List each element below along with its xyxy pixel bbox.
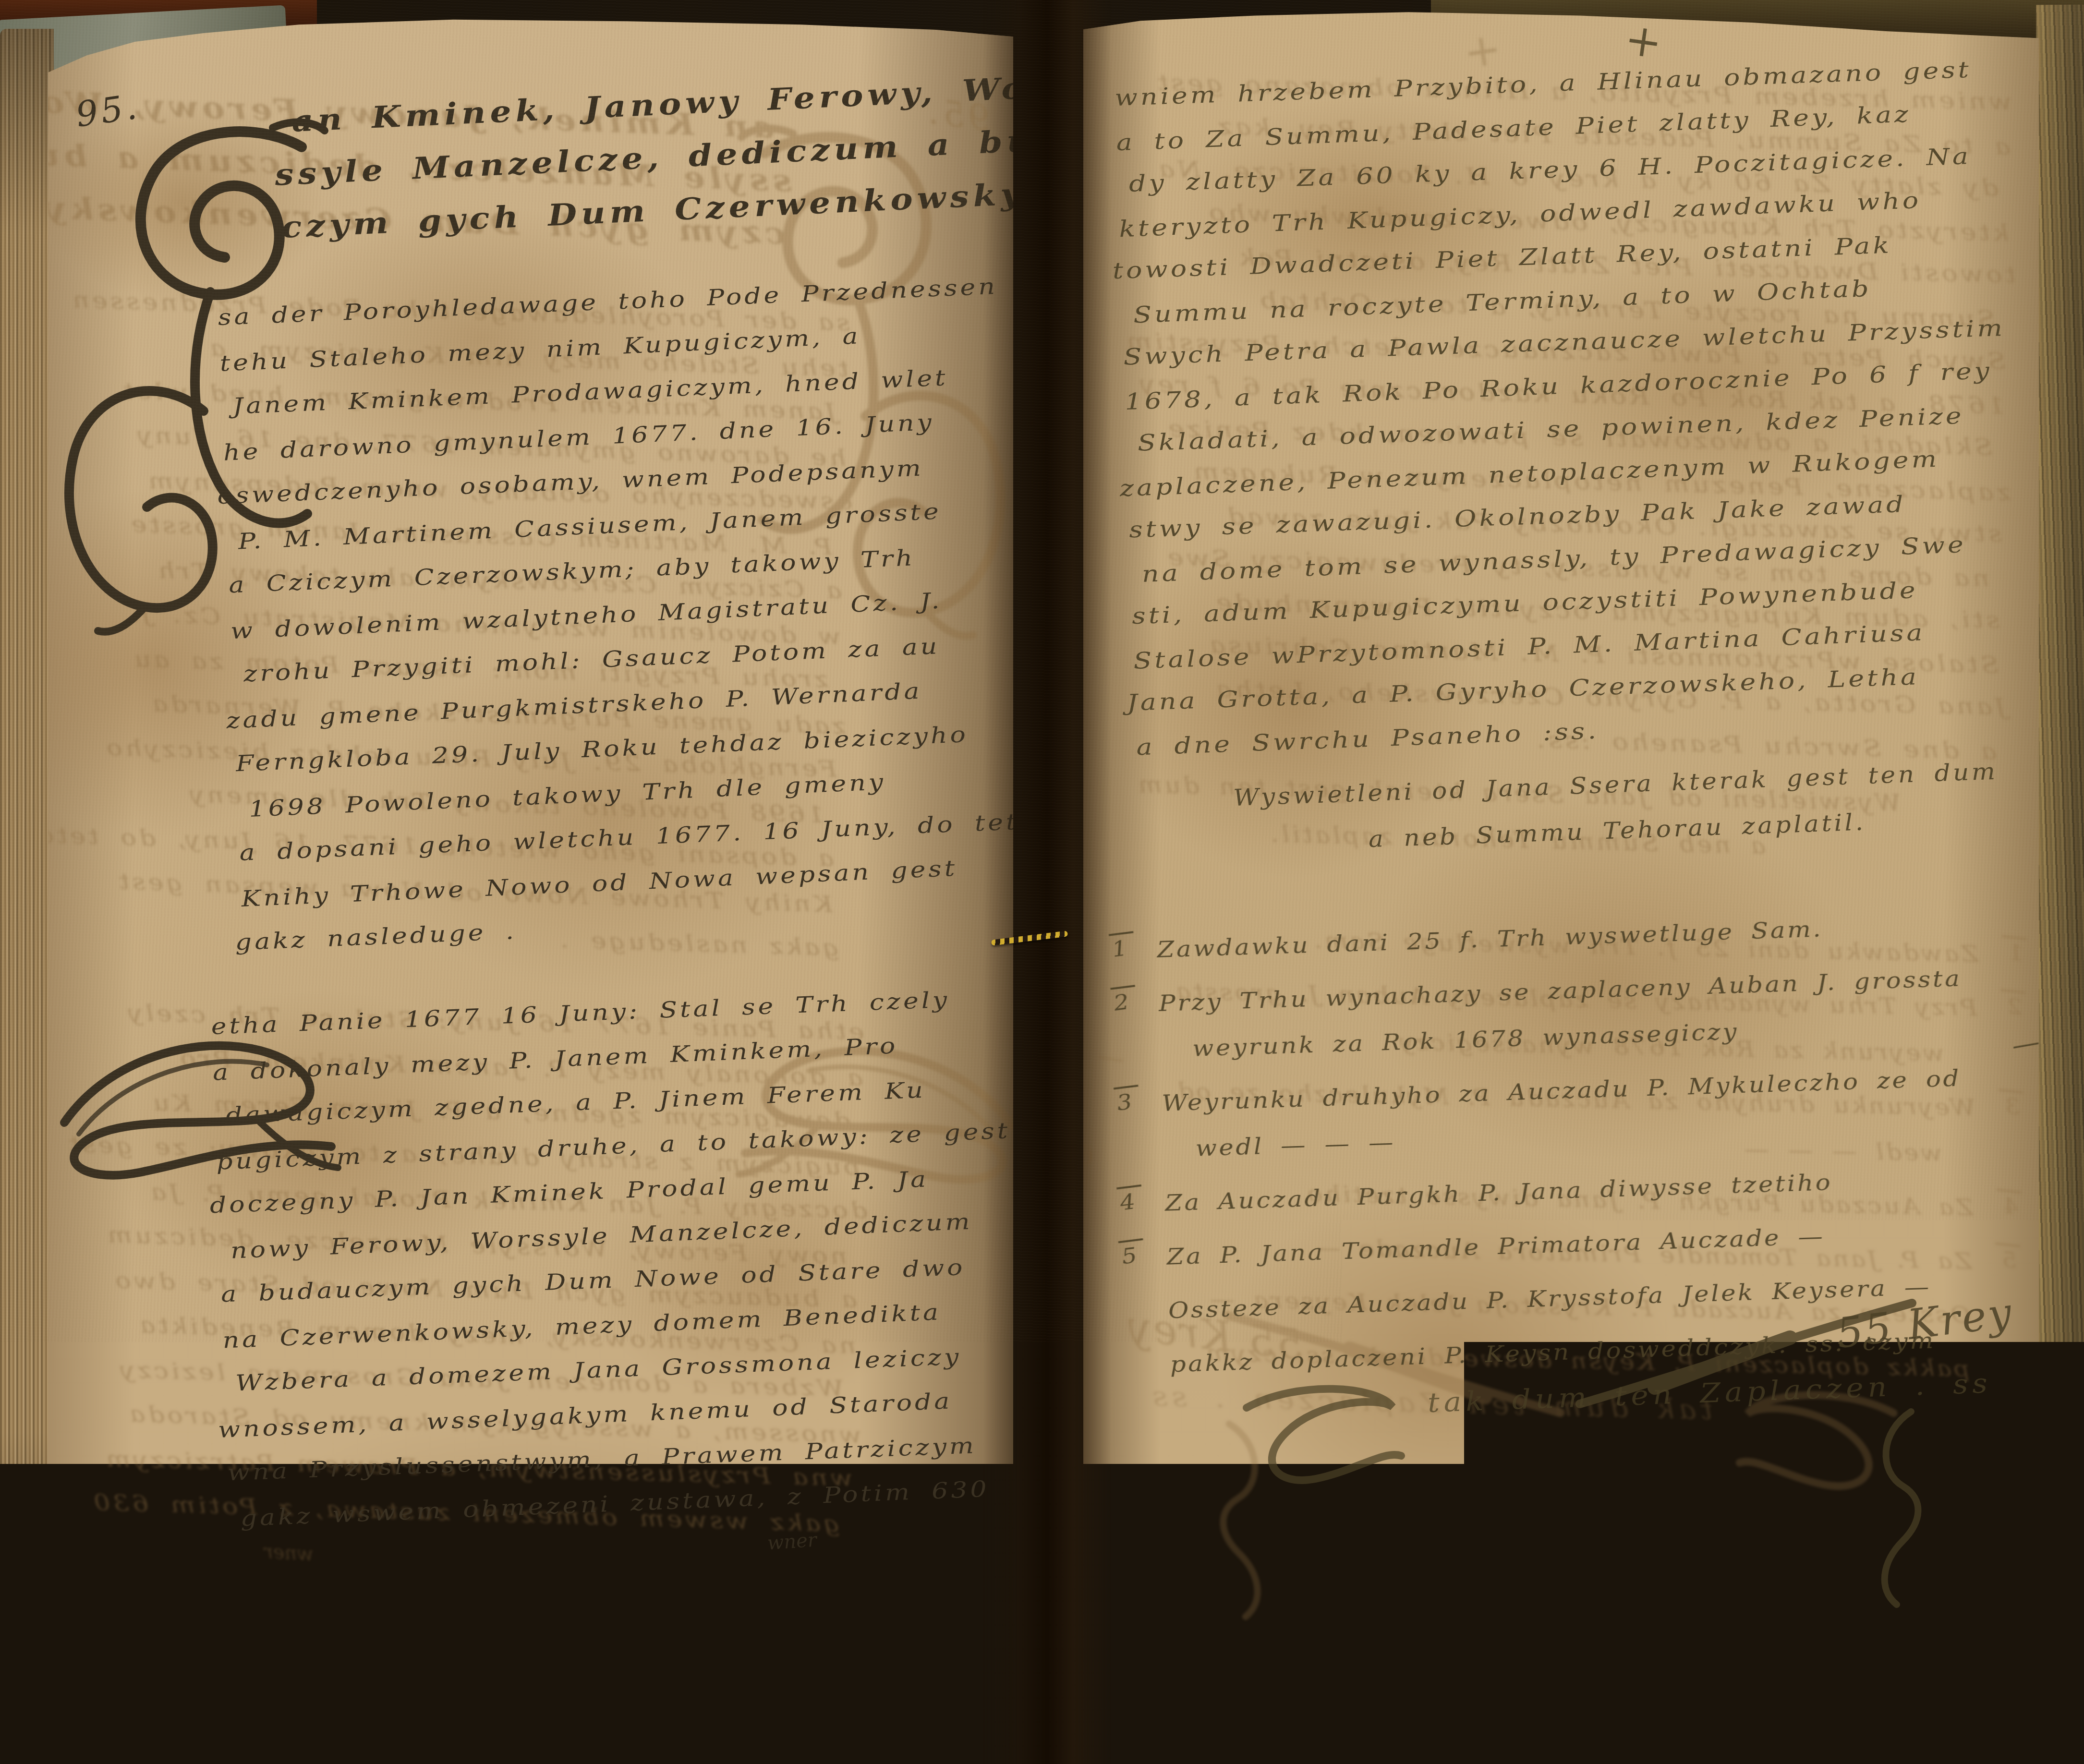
item-number: 4: [1116, 1184, 1145, 1216]
left-paragraph-2: etha Panie 1677 16 Juny: Stal se Trh cze…: [210, 969, 1013, 1540]
payment-list-item: 3 Weyrunku druhyho za Auczadu P. Mykulec…: [1161, 1051, 2039, 1172]
item-number: 3: [1114, 1085, 1142, 1116]
settlement-section-header: Wyswietleni od Jana Ssera kterak gest te…: [1179, 747, 2039, 869]
right-page: + wniem hrzebem Przybito, a Hlinau obmaz…: [1083, 9, 2039, 1744]
closing-initial-flourish-icon: [1225, 1376, 1408, 1496]
decorative-initial-G-icon: [54, 363, 227, 646]
page-stack-edge-right: [2036, 5, 2084, 1753]
signature-descender-flourish-icon: [1850, 1401, 1931, 1612]
payment-list-item: 2 Przy Trhu wynachazy se zaplaceny Auban…: [1158, 951, 2039, 1073]
catchword: wner: [767, 1529, 818, 1554]
right-paragraph: wniem hrzebem Przybito, a Hlinau obmazan…: [1114, 41, 2039, 768]
left-page-text: 95. an Kminek, Janowy Ferowy, Worssyle M…: [48, 14, 1013, 1725]
right-page-text: + wniem hrzebem Przybito, a Hlinau obmaz…: [1083, 9, 2039, 1744]
page-number: 95.: [73, 86, 142, 135]
manuscript-scan: 95. an Kminek, Janowy Ferowy, Worssyle M…: [0, 0, 2084, 1764]
page-stack-edge-left: [0, 29, 54, 1738]
left-paragraph-1: sa der Poroyhledawage toho Pode Przednes…: [217, 257, 1013, 965]
item-number: 5: [1118, 1238, 1147, 1269]
entry-heading: an Kminek, Janowy Ferowy, Worssyle Manze…: [291, 58, 1013, 254]
item-number: 2: [1110, 985, 1139, 1016]
item-number: 1: [1109, 931, 1138, 962]
left-page: 95. an Kminek, Janowy Ferowy, Worssyle M…: [48, 14, 1013, 1725]
